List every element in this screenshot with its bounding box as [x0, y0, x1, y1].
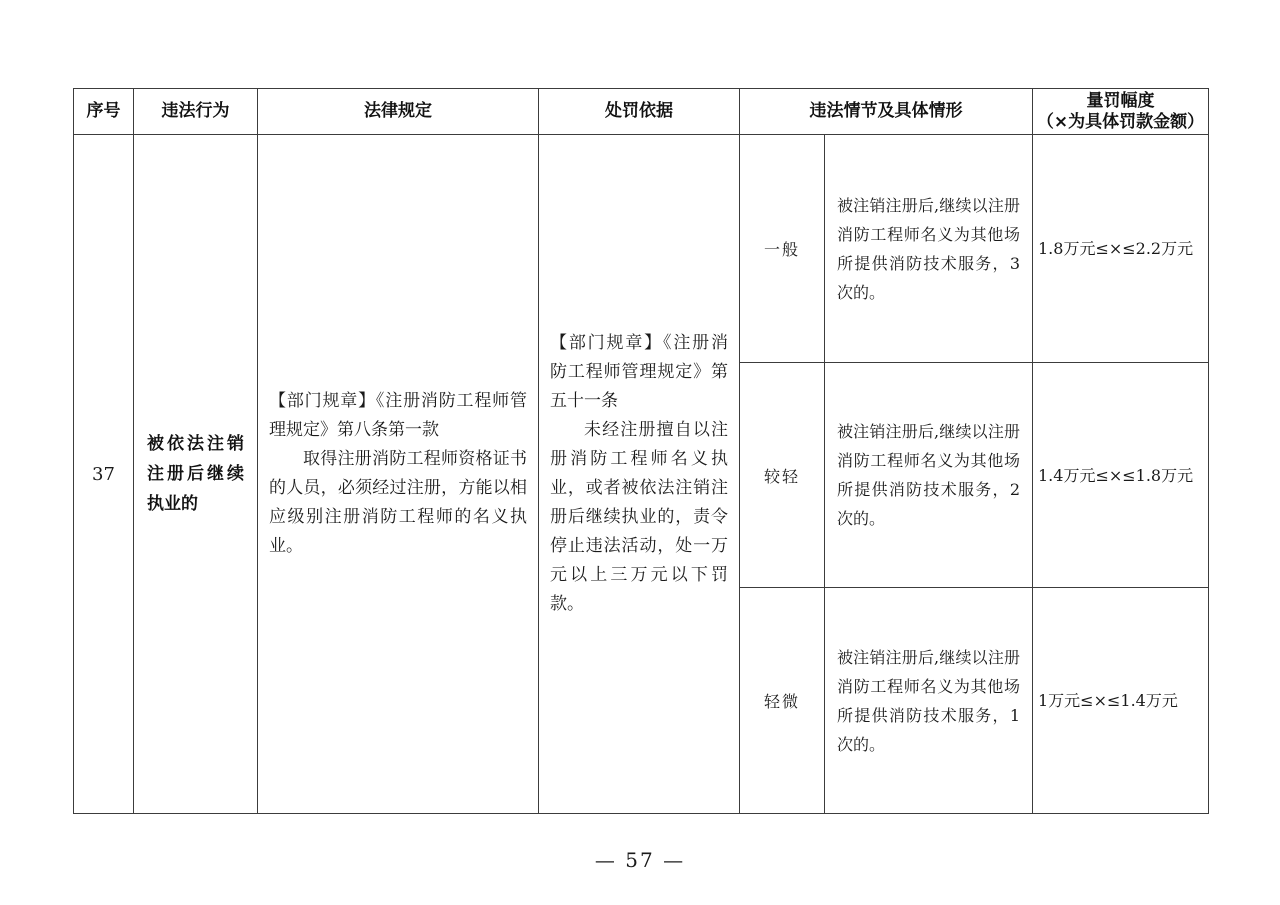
- header-behavior: 违法行为: [134, 89, 258, 135]
- header-basis: 处罚依据: [539, 89, 740, 135]
- header-legal: 法律规定: [258, 89, 539, 135]
- legal-provision-body: 取得注册消防工程师资格证书的人员，必须经过注册，方能以相应级别注册消防工程师的名…: [269, 445, 527, 561]
- severity-cell-general: 一般: [740, 135, 825, 363]
- header-penalty-line2: （×为具体罚款金额）: [1033, 112, 1208, 133]
- penalty-basis-cell: 【部门规章】《注册消防工程师管理规定》第五十一条 未经注册擅自以注册消防工程师名…: [539, 135, 740, 814]
- severity-cell-minor: 轻微: [740, 588, 825, 814]
- circumstance-desc-general: 被注销注册后,继续以注册消防工程师名义为其他场所提供消防技术服务，3次的。: [825, 135, 1033, 363]
- penalty-range-lighter: 1.4万元≤×≤1.8万元: [1033, 363, 1209, 588]
- header-penalty-line1: 量罚幅度: [1033, 91, 1208, 112]
- header-seq: 序号: [74, 89, 134, 135]
- seq-number-cell: 37: [74, 135, 134, 814]
- penalty-basis-heading: 【部门规章】《注册消防工程师管理规定》第五十一条: [550, 329, 728, 416]
- circumstance-desc-lighter: 被注销注册后,继续以注册消防工程师名义为其他场所提供消防技术服务，2次的。: [825, 363, 1033, 588]
- penalty-range-general: 1.8万元≤×≤2.2万元: [1033, 135, 1209, 363]
- legal-provision-cell: 【部门规章】《注册消防工程师管理规定》第八条第一款 取得注册消防工程师资格证书的…: [258, 135, 539, 814]
- behavior-cell: 被依法注销注册后继续执业的: [134, 135, 258, 814]
- circumstance-desc-minor: 被注销注册后,继续以注册消防工程师名义为其他场所提供消防技术服务，1次的。: [825, 588, 1033, 814]
- header-circumstance: 违法情节及具体情形: [740, 89, 1033, 135]
- penalty-basis-body: 未经注册擅自以注册消防工程师名义执业，或者被依法注销注册后继续执业的，责令停止违…: [550, 416, 728, 619]
- header-penalty: 量罚幅度 （×为具体罚款金额）: [1033, 89, 1209, 135]
- table-row: 37 被依法注销注册后继续执业的 【部门规章】《注册消防工程师管理规定》第八条第…: [74, 135, 1209, 363]
- penalty-rule-table: 序号 违法行为 法律规定 处罚依据 违法情节及具体情形 量罚幅度 （×为具体罚款…: [73, 88, 1209, 814]
- penalty-range-minor: 1万元≤×≤1.4万元: [1033, 588, 1209, 814]
- legal-provision-heading: 【部门规章】《注册消防工程师管理规定》第八条第一款: [269, 387, 527, 445]
- table-header-row: 序号 违法行为 法律规定 处罚依据 违法情节及具体情形 量罚幅度 （×为具体罚款…: [74, 89, 1209, 135]
- page-number: — 57 —: [0, 848, 1280, 872]
- document-page: 序号 违法行为 法律规定 处罚依据 违法情节及具体情形 量罚幅度 （×为具体罚款…: [0, 0, 1280, 905]
- severity-cell-lighter: 较轻: [740, 363, 825, 588]
